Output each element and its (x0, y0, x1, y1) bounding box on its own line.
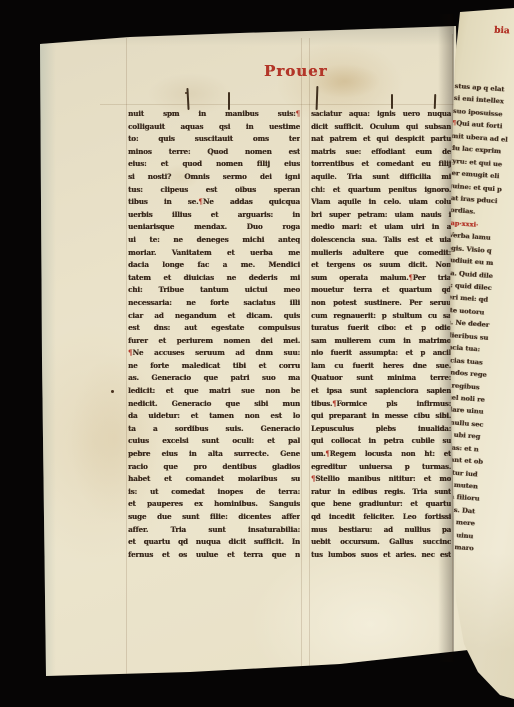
manuscript-page: Prouer nuit spm in manibus suis:¶colliga… (40, 24, 470, 684)
text-line: nio fuerit assumpta: et p ancil (311, 347, 451, 360)
text-line: ratur in edibus regis. Tria sunt (311, 486, 451, 499)
ink-speck (111, 390, 114, 393)
red-paragraph-mark: ¶ (128, 348, 132, 357)
ruling-line (309, 38, 310, 686)
text-column-right: saciatur aqua: ignis uero nuquadicit suf… (311, 108, 451, 561)
text-line: mus bestiaru: ad nullius pa (311, 524, 451, 537)
text-line: tus lumbos suos et aries. nec est (311, 549, 451, 562)
text-line: tibus in se.¶Ne addas quicqua (128, 196, 300, 209)
text-line: nat patrem et qui despicit partu (311, 133, 451, 146)
text-line: mulieris adultere que comedit: (311, 247, 451, 260)
text-line: tatem et diuicias ne dederis mi (128, 272, 300, 285)
text-line: matris sue: effodiant eum de (311, 146, 451, 159)
manuscript-photo: Prouer nuit spm in manibus suis:¶colliga… (0, 0, 514, 707)
ruling-line (301, 38, 302, 686)
text-line: nedicit. Generacio que sibi mun (128, 398, 300, 411)
text-line: ¶Stellio manibus nititur: et mo (311, 473, 451, 486)
ascender-stroke (186, 88, 189, 110)
text-line: et quartu qd nuqua dicit sufficit. In (128, 536, 300, 549)
text-line: ui te: ne deneges michi anteq (128, 234, 300, 247)
text-line: saciatur aqua: ignis uero nuqua (311, 108, 451, 121)
ruling-line (126, 38, 127, 686)
text-line: torrentibus et comedant eu filij (311, 158, 451, 171)
text-line: tus: clipeus est oibus speran (128, 184, 300, 197)
text-line: dolescencia sua. Talis est et uia (311, 234, 451, 247)
text-line: ledicit: et que matri sue non be (128, 385, 300, 398)
text-line: nuit spm in manibus suis:¶ (128, 108, 300, 121)
text-line: et pauperes ex hominibus. Sanguis (128, 498, 300, 511)
running-title: Prouer (264, 62, 328, 80)
text-line: cuius excelsi sunt oculi: et pal (128, 435, 300, 448)
text-line: habet et comandet molaribus su (128, 473, 300, 486)
text-line: chi: Tribue tantum uictui meo (128, 284, 300, 297)
text-column-left: nuit spm in manibus suis:¶colligauit aqu… (128, 108, 300, 561)
text-line: eius: et quod nomen filij eius (128, 158, 300, 171)
ascender-stroke (434, 94, 436, 109)
ruling-line (100, 104, 456, 105)
text-line: ciar ad negandum et dicam. quis (128, 310, 300, 323)
text-line: Lepusculus plebs inualida: (311, 423, 451, 436)
text-line: minos terre: Quod nomen est (128, 146, 300, 159)
text-line: chi: et quartum penitus ignoro. (311, 184, 451, 197)
text-line: ueniarisque mendax. Duo roga (128, 221, 300, 234)
text-line: si nosti? Omnis sermo dei igni (128, 171, 300, 184)
text-line: um.¶Regem locusta non ht: et (311, 448, 451, 461)
text-line: lam cu fuerit heres dne sue. (311, 360, 451, 373)
text-line: to: quis suscitauit oms ter (128, 133, 300, 146)
text-line: as. Generacio que patri suo ma (128, 372, 300, 385)
text-line: medio mari: et uiam uiri in a (311, 221, 451, 234)
text-line: Viam aquile in celo. uiam colu (311, 196, 451, 209)
text-line: qd incedit feliciter. Leo fortissi (311, 511, 451, 524)
ascender-stroke (391, 94, 393, 109)
red-paragraph-mark: ¶ (296, 109, 300, 118)
text-line: uebit occursum. Gallus succinc (311, 536, 451, 549)
text-line: Quatuor sunt minima terre: (311, 372, 451, 385)
text-line: que bene gradiuntur: et quartu (311, 498, 451, 511)
text-line: cum regnauerit: p stultum cu sa (311, 310, 451, 323)
red-paragraph-mark: ¶ (311, 474, 315, 483)
text-line: da uidetur: et tamen non est lo (128, 410, 300, 423)
text-line: bri super petram: uiam nauis i (311, 209, 451, 222)
text-line: et ipsa sunt sapienciora sapien (311, 385, 451, 398)
text-line: turatus fuerit cibo: et p odio (311, 322, 451, 335)
text-line: suge due sunt filie: dicentes affer (128, 511, 300, 524)
ascender-stroke (316, 86, 318, 110)
text-line: sum operata malum.¶Per tria (311, 272, 451, 285)
text-line: moriar. Vanitatem et uerba me (128, 247, 300, 260)
red-paragraph-mark: ¶ (325, 449, 329, 458)
text-line: aquile. Tria sunt difficilia mi (311, 171, 451, 184)
red-paragraph-mark: ¶ (408, 273, 412, 282)
text-line: et tergens os suum dicit. Non (311, 259, 451, 272)
text-line: mouetur terra et quartum qd (311, 284, 451, 297)
text-line: dicit sufficit. Oculum qui subsan (311, 121, 451, 134)
text-line: is: ut comedat inopes de terra: (128, 486, 300, 499)
text-line: non potest sustinere. Per seruu (311, 297, 451, 310)
text-line: pebre eius in alta surrecte. Gene (128, 448, 300, 461)
text-line: sam mulierem cum in matrimo (311, 335, 451, 348)
text-line: uerbis illius et arguaris: in (128, 209, 300, 222)
text-line: ne forte maledicat tibi et corru (128, 360, 300, 373)
red-paragraph-mark: ¶ (198, 197, 202, 206)
text-line: furer et periurem nomen dei mei. (128, 335, 300, 348)
text-line: qui preparant in messe cibu sibi. (311, 410, 451, 423)
text-line: necessaria: ne forte saciatus illi (128, 297, 300, 310)
text-line: egreditur uniuersa p turmas. (311, 461, 451, 474)
text-line: est dns: aut egestate compulsus (128, 322, 300, 335)
text-line: racio que pro dentibus gladios (128, 461, 300, 474)
text-line: ta a sordibus suis. Generacio (128, 423, 300, 436)
text-line: fernus et os uulue et terra que n (128, 549, 300, 562)
text-line: qui collocat in petra cubile su (311, 435, 451, 448)
text-line: colligauit aquas qsi in uestime (128, 121, 300, 134)
text-line: affer. Tria sunt insaturabilia: (128, 524, 300, 537)
text-line: dacia longe fac a me. Mendici (128, 259, 300, 272)
text-line: ¶Ne accuses seruum ad dnm suu: (128, 347, 300, 360)
text-line: tibus.¶Formice pls infirmus: (311, 398, 451, 411)
red-paragraph-mark: ¶ (332, 399, 336, 408)
fore-edge-running-title-fragment: bia (494, 26, 510, 37)
